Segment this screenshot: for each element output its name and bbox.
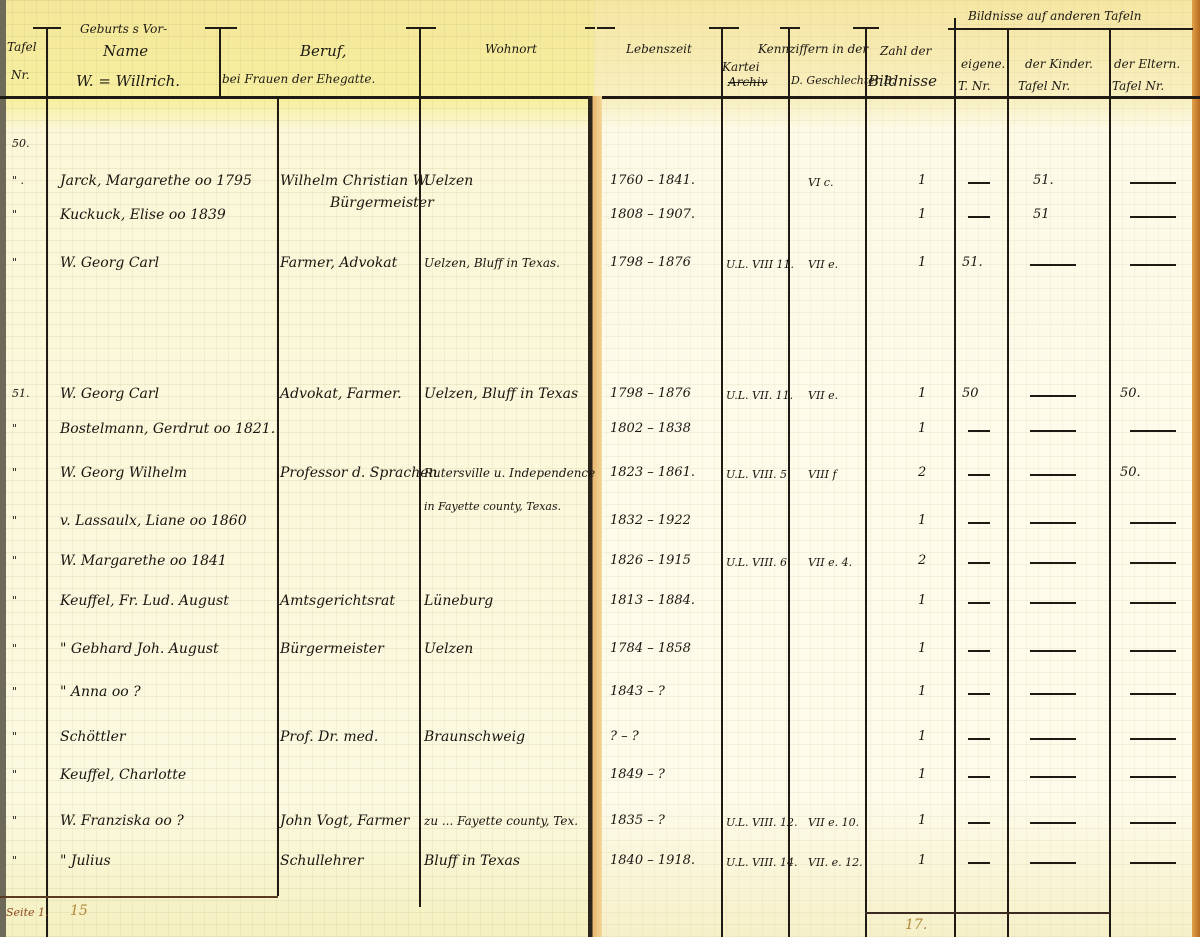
eigene-empty-dash xyxy=(968,776,990,778)
column-divider xyxy=(721,27,723,937)
right-total: 17. xyxy=(905,916,927,934)
kartei-cell: U.L. VIII. 6. xyxy=(726,554,791,572)
name-cell: v. Lassaulx, Liane oo 1860 xyxy=(60,512,247,530)
eltern-empty-dash xyxy=(1130,693,1176,695)
kinder-empty-dash xyxy=(1030,474,1076,476)
column-cap xyxy=(709,27,739,29)
eltern-empty-dash xyxy=(1130,776,1176,778)
column-divider xyxy=(219,27,221,97)
header-name-line1: Geburts s Vor- xyxy=(80,22,167,36)
tafel-nr-cell: " xyxy=(12,640,17,658)
bildnisse-count-cell: 1 xyxy=(918,254,926,272)
header-name-line2: Name xyxy=(103,42,148,60)
beruf-cell: John Vogt, Farmer xyxy=(280,812,409,830)
name-cell: Keuffel, Fr. Lud. August xyxy=(60,592,229,610)
column-divider xyxy=(46,27,48,937)
eltern-tafel-cell: 50. xyxy=(1120,464,1141,482)
header-eltern-nr: Tafel Nr. xyxy=(1112,79,1164,93)
lebenszeit-cell: 1849 – ? xyxy=(610,766,665,784)
header-group-title: Bildnisse auf anderen Tafeln xyxy=(968,9,1142,23)
kinder-empty-dash xyxy=(1030,776,1076,778)
column-divider xyxy=(277,96,279,896)
lebenszeit-cell: 1798 – 1876 xyxy=(610,254,691,272)
wohnort-cell: Bluff in Texas xyxy=(424,852,520,870)
footer-rule-right xyxy=(865,912,1110,914)
lebenszeit-cell: 1813 – 1884. xyxy=(610,592,695,610)
kinder-tafel-cell: 51. xyxy=(1033,172,1054,190)
bildnisse-count-cell: 1 xyxy=(918,385,926,403)
bildnisse-count-cell: 1 xyxy=(918,728,926,746)
column-divider xyxy=(865,27,867,937)
page-edge-right xyxy=(1192,0,1200,937)
eigene-empty-dash xyxy=(968,474,990,476)
bildnisse-count-cell: 1 xyxy=(918,512,926,530)
geschlechterbuch-cell: VII. e. 12. xyxy=(808,854,863,872)
tafel-nr-cell: " xyxy=(12,592,17,610)
column-cap xyxy=(585,27,595,29)
beruf-cell: Wilhelm Christian W. xyxy=(280,172,429,190)
lebenszeit-cell: 1823 – 1861. xyxy=(610,464,695,482)
page-number-label: Seite 1. xyxy=(6,904,49,922)
eltern-empty-dash xyxy=(1130,862,1176,864)
kinder-empty-dash xyxy=(1030,862,1076,864)
geschlechterbuch-cell: VII e. xyxy=(808,256,838,274)
eltern-empty-dash xyxy=(1130,522,1176,524)
header-name-line3: W. = Willrich. xyxy=(76,72,180,90)
beruf-cell: Schullehrer xyxy=(280,852,363,870)
eltern-empty-dash xyxy=(1130,264,1176,266)
eigene-empty-dash xyxy=(968,693,990,695)
beruf-cell: Farmer, Advokat xyxy=(280,254,397,272)
header-beruf: Beruf, xyxy=(300,42,347,60)
name-cell: " Gebhard Joh. August xyxy=(60,640,219,658)
column-divider xyxy=(1109,28,1111,937)
tafel-nr-cell: 51. xyxy=(12,385,30,403)
lebenszeit-cell: 1784 – 1858 xyxy=(610,640,691,658)
wohnort-cell: Rutersville u. Independence xyxy=(424,464,595,482)
name-cell: " Anna oo ? xyxy=(60,683,141,701)
eigene-empty-dash xyxy=(968,430,990,432)
header-kinder: der Kinder. xyxy=(1025,57,1093,71)
bildnisse-count-cell: 1 xyxy=(918,172,926,190)
bildnisse-count-cell: 1 xyxy=(918,592,926,610)
eltern-empty-dash xyxy=(1130,650,1176,652)
lebenszeit-cell: 1802 – 1838 xyxy=(610,420,691,438)
kinder-empty-dash xyxy=(1030,693,1076,695)
wohnort-cell: zu ... Fayette county, Tex. xyxy=(424,812,578,830)
kartei-cell: U.L. VIII. 5. xyxy=(726,466,791,484)
geschlechterbuch-cell: VI c. xyxy=(808,174,833,192)
header-beruf-sub: bei Frauen der Ehegatte. xyxy=(222,72,375,86)
eigene-empty-dash xyxy=(968,822,990,824)
eltern-empty-dash xyxy=(1130,822,1176,824)
header-lebenszeit: Lebenszeit xyxy=(626,42,692,56)
kinder-empty-dash xyxy=(1030,264,1076,266)
wohnort-cell-line2: in Fayette county, Texas. xyxy=(424,498,561,516)
kinder-empty-dash xyxy=(1030,430,1076,432)
eltern-empty-dash xyxy=(1130,562,1176,564)
column-divider xyxy=(954,18,956,937)
lebenszeit-cell: 1760 – 1841. xyxy=(610,172,695,190)
header-eltern: der Eltern. xyxy=(1114,57,1180,71)
eigene-empty-dash xyxy=(968,182,990,184)
geschlechterbuch-cell: VII e. 4. xyxy=(808,554,852,572)
eigene-empty-dash xyxy=(968,602,990,604)
bildnisse-count-cell: 1 xyxy=(918,683,926,701)
header-tafel: Tafel xyxy=(7,40,37,54)
name-cell: " Julius xyxy=(60,852,111,870)
header-kinder-nr: Tafel Nr. xyxy=(1018,79,1070,93)
header-tafel-nr: Nr. xyxy=(11,68,30,82)
name-cell: W. Georg Carl xyxy=(60,254,159,272)
bildnisse-count-cell: 1 xyxy=(918,852,926,870)
header-wohnort: Wohnort xyxy=(485,42,537,56)
column-divider xyxy=(1007,28,1009,937)
tafel-nr-cell: " xyxy=(12,464,17,482)
bildnisse-count-cell: 1 xyxy=(918,420,926,438)
eigene-tafel-cell: 50 xyxy=(962,385,979,403)
name-cell: Schöttler xyxy=(60,728,126,746)
beruf-cell: Bürgermeister xyxy=(280,640,384,658)
lebenszeit-cell: 1835 – ? xyxy=(610,812,665,830)
bildnisse-count-cell: 2 xyxy=(918,464,926,482)
header-kennziffern: Kennziffern in der xyxy=(758,42,868,56)
bildnisse-count-cell: 2 xyxy=(918,552,926,570)
kartei-cell: U.L. VIII. 14. xyxy=(726,854,798,872)
bildnisse-count-cell: 1 xyxy=(918,206,926,224)
column-cap xyxy=(597,27,615,29)
eigene-empty-dash xyxy=(968,562,990,564)
page-edge-left xyxy=(0,0,6,937)
lebenszeit-cell: ? – ? xyxy=(610,728,639,746)
kartei-cell: U.L. VII. 11. xyxy=(726,387,793,405)
eltern-tafel-cell: 50. xyxy=(1120,385,1141,403)
kartei-cell: U.L. VIII 11. xyxy=(726,256,794,274)
book-gutter xyxy=(588,96,602,937)
column-cap xyxy=(780,27,800,29)
name-cell: W. Franziska oo ? xyxy=(60,812,184,830)
column-cap xyxy=(406,27,436,29)
tafel-nr-cell: " xyxy=(12,254,17,272)
kinder-empty-dash xyxy=(1030,822,1076,824)
wohnort-cell: Lüneburg xyxy=(424,592,493,610)
tafel-nr-cell: " xyxy=(12,420,17,438)
kartei-cell: U.L. VIII. 12. xyxy=(726,814,798,832)
wohnort-cell: Uelzen, Bluff in Texas xyxy=(424,385,578,403)
beruf-cell-line2: Bürgermeister xyxy=(330,194,434,212)
eigene-tafel-cell: 51. xyxy=(962,254,983,272)
tafel-nr-cell: " . xyxy=(12,172,24,190)
eigene-empty-dash xyxy=(968,522,990,524)
lebenszeit-cell: 1840 – 1918. xyxy=(610,852,695,870)
lebenszeit-cell: 1808 – 1907. xyxy=(610,206,695,224)
wohnort-cell: Uelzen xyxy=(424,172,473,190)
name-cell: Keuffel, Charlotte xyxy=(60,766,186,784)
eltern-empty-dash xyxy=(1130,602,1176,604)
beruf-cell: Advokat, Farmer. xyxy=(280,385,402,403)
tafel-nr-cell: " xyxy=(12,512,17,530)
tafel-nr-cell: " xyxy=(12,683,17,701)
kinder-empty-dash xyxy=(1030,562,1076,564)
eigene-empty-dash xyxy=(968,862,990,864)
name-cell: W. Georg Wilhelm xyxy=(60,464,187,482)
header-eigene-nr: T. Nr. xyxy=(958,79,991,93)
name-cell: W. Margarethe oo 1841 xyxy=(60,552,227,570)
eltern-empty-dash xyxy=(1130,182,1176,184)
left-total: 15 xyxy=(70,902,88,920)
bildnisse-count-cell: 1 xyxy=(918,640,926,658)
footer-rule-left xyxy=(0,896,278,898)
header-archiv-struck: Archiv xyxy=(728,75,767,89)
geschlechterbuch-cell: VII e. xyxy=(808,387,838,405)
header-bildnisse: Bildnisse xyxy=(868,72,937,90)
kinder-tafel-cell: 51 xyxy=(1033,206,1050,224)
tafel-nr-cell: " xyxy=(12,812,17,830)
name-cell: W. Georg Carl xyxy=(60,385,159,403)
kinder-empty-dash xyxy=(1030,738,1076,740)
bildnisse-count-cell: 1 xyxy=(918,812,926,830)
wohnort-cell: Uelzen, Bluff in Texas. xyxy=(424,254,560,272)
tafel-nr-cell: " xyxy=(12,206,17,224)
header-kartei: Kartei xyxy=(722,60,760,74)
eigene-empty-dash xyxy=(968,216,990,218)
eltern-empty-dash xyxy=(1130,738,1176,740)
name-cell: Kuckuck, Elise oo 1839 xyxy=(60,206,226,224)
lebenszeit-cell: 1798 – 1876 xyxy=(610,385,691,403)
tafel-nr-cell: 50. xyxy=(12,135,30,153)
eigene-empty-dash xyxy=(968,738,990,740)
group-rule xyxy=(948,28,1193,30)
tafel-nr-cell: " xyxy=(12,852,17,870)
eltern-empty-dash xyxy=(1130,216,1176,218)
tafel-nr-cell: " xyxy=(12,728,17,746)
name-cell: Bostelmann, Gerdrut oo 1821. xyxy=(60,420,275,438)
eigene-empty-dash xyxy=(968,650,990,652)
lebenszeit-cell: 1826 – 1915 xyxy=(610,552,691,570)
lebenszeit-cell: 1832 – 1922 xyxy=(610,512,691,530)
kinder-empty-dash xyxy=(1030,395,1076,397)
eltern-empty-dash xyxy=(1130,430,1176,432)
header-eigene: eigene. xyxy=(961,57,1005,71)
kinder-empty-dash xyxy=(1030,650,1076,652)
kinder-empty-dash xyxy=(1030,522,1076,524)
column-cap xyxy=(205,27,237,29)
geschlechterbuch-cell: VIII f xyxy=(808,466,837,484)
header-zahl-der: Zahl der xyxy=(880,44,931,58)
bildnisse-count-cell: 1 xyxy=(918,766,926,784)
wohnort-cell: Braunschweig xyxy=(424,728,525,746)
tafel-nr-cell: " xyxy=(12,552,17,570)
kinder-empty-dash xyxy=(1030,602,1076,604)
lebenszeit-cell: 1843 – ? xyxy=(610,683,665,701)
name-cell: Jarck, Margarethe oo 1795 xyxy=(60,172,252,190)
geschlechterbuch-cell: VII e. 10. xyxy=(808,814,859,832)
beruf-cell: Professor d. Sprachen xyxy=(280,464,438,482)
wohnort-cell: Uelzen xyxy=(424,640,473,658)
tafel-nr-cell: " xyxy=(12,766,17,784)
beruf-cell: Prof. Dr. med. xyxy=(280,728,378,746)
beruf-cell: Amtsgerichtsrat xyxy=(280,592,395,610)
